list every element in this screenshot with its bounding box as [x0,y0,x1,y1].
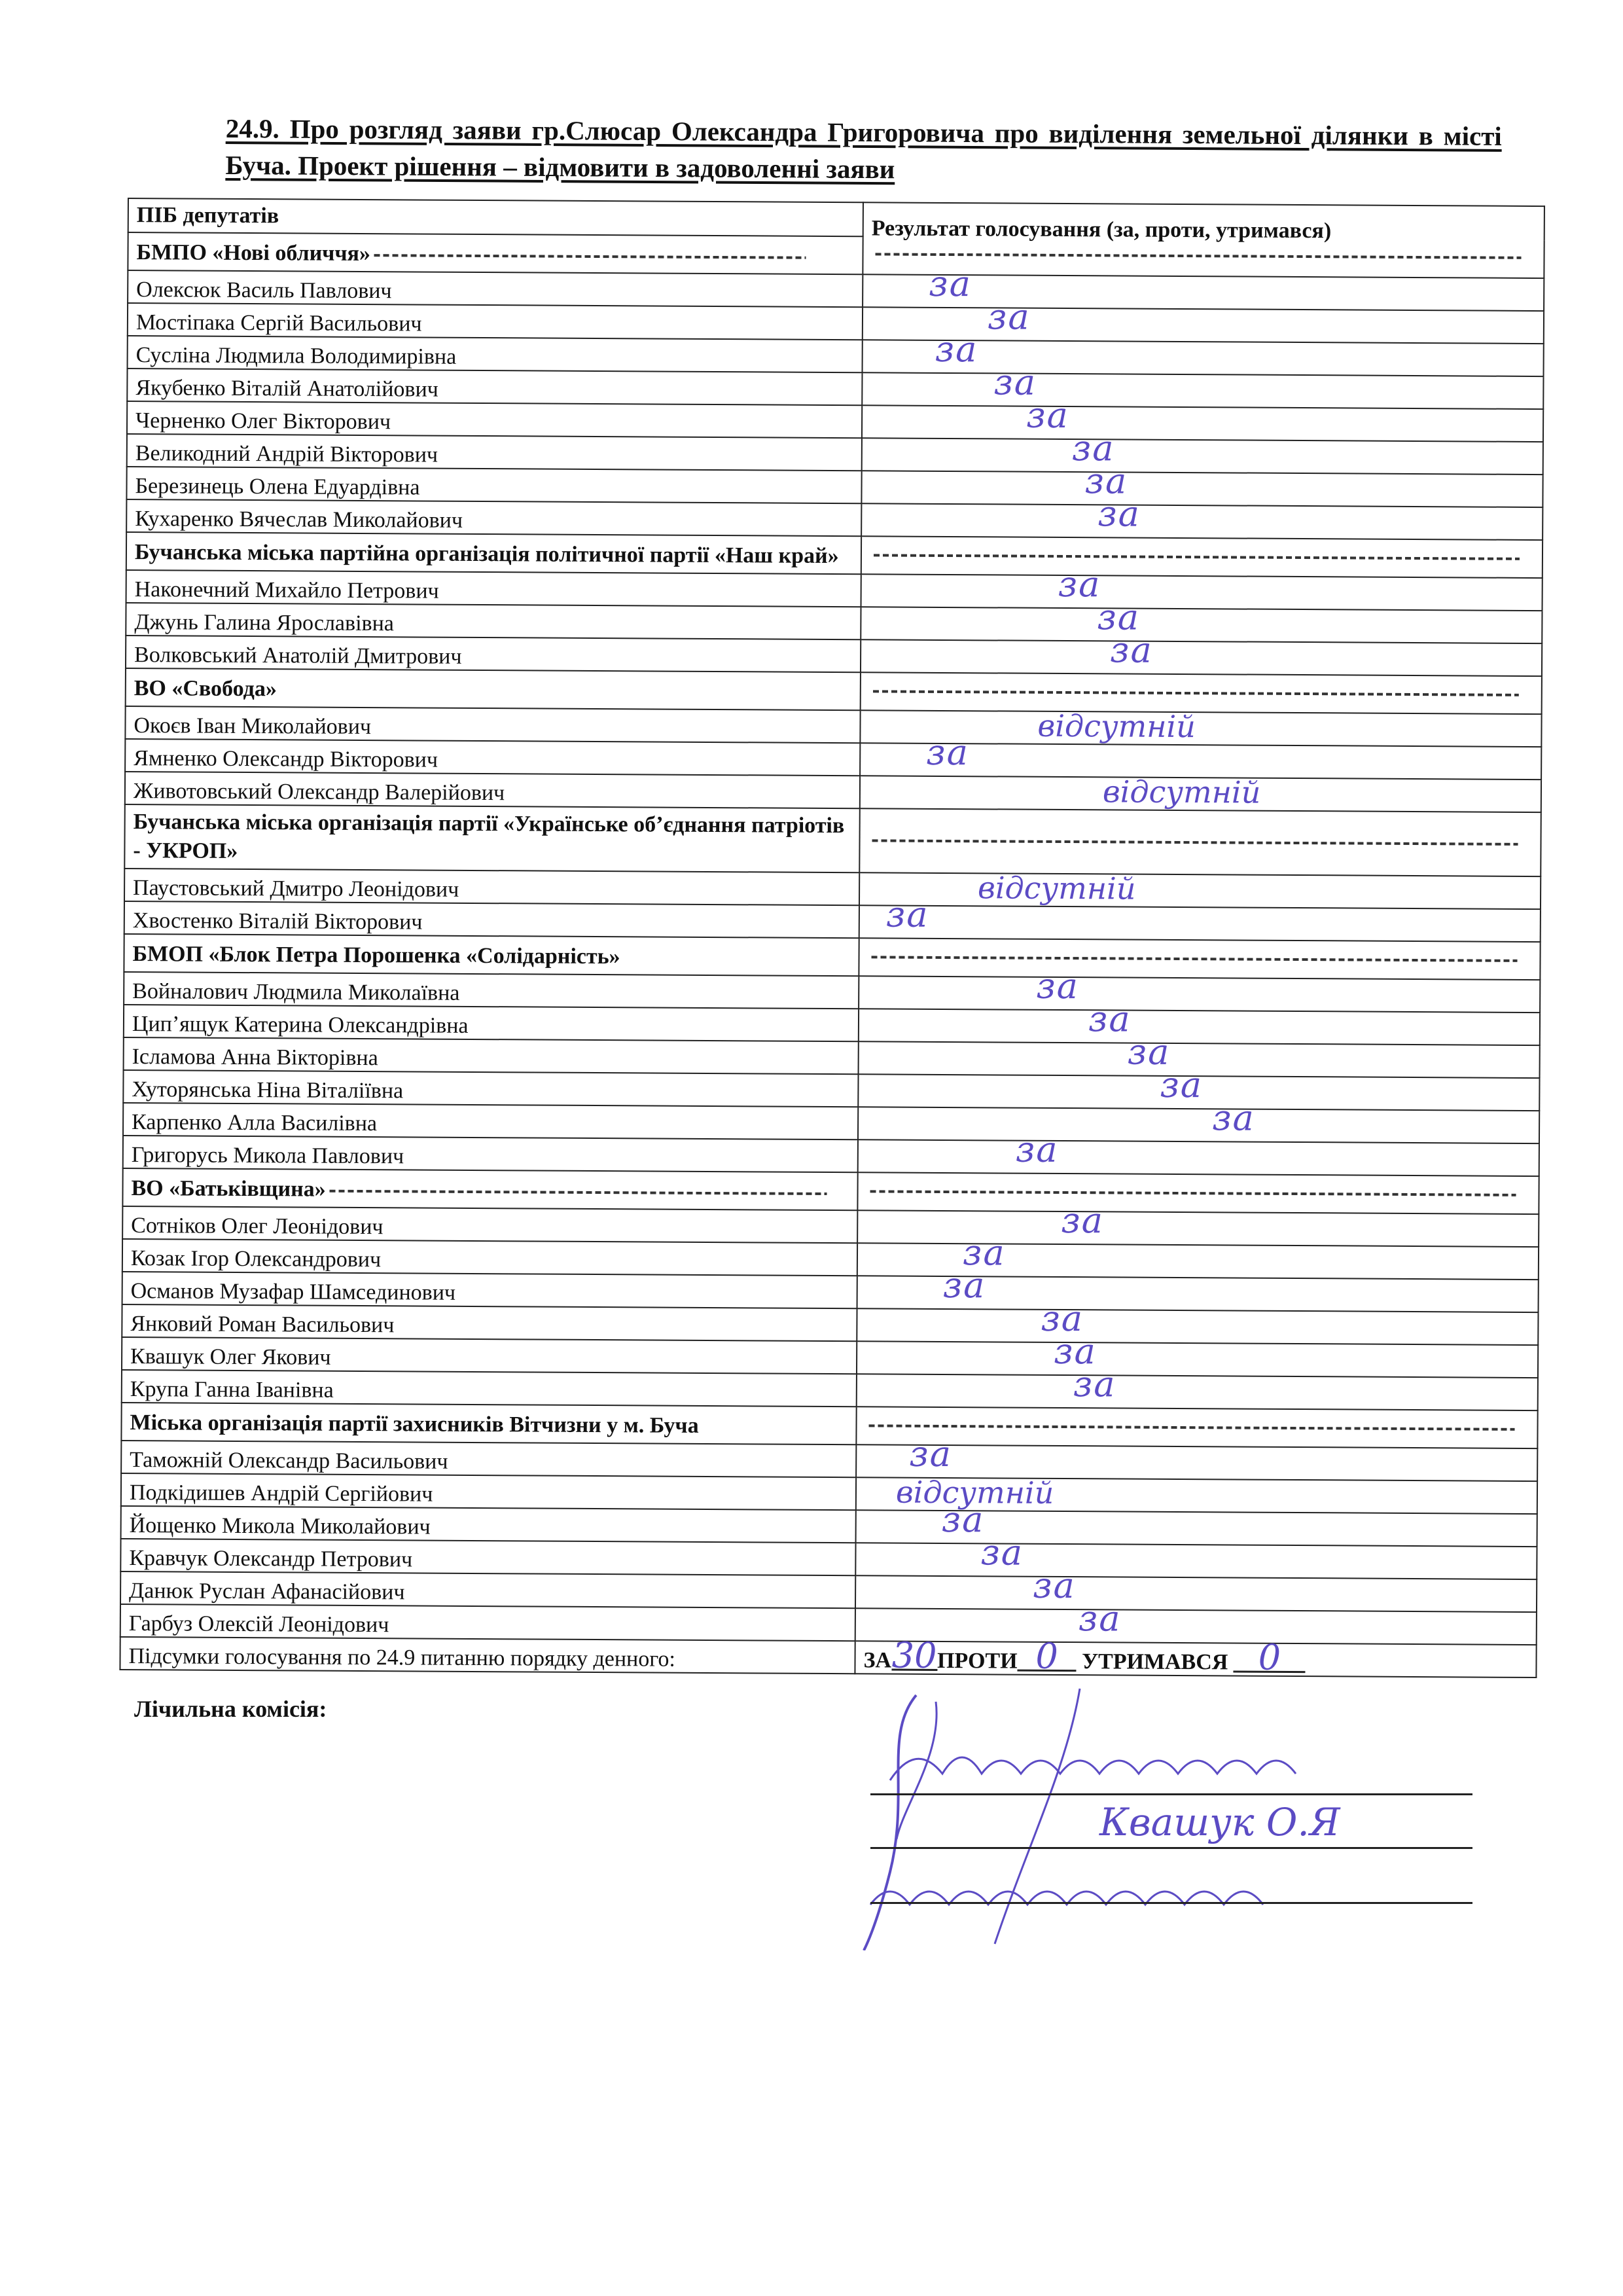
deputy-name: Йощенко Микола Миколайович [121,1506,856,1543]
deputy-name: Войналович Людмила Миколаївна [124,972,859,1009]
deputy-name: Квашук Олег Якович [122,1337,857,1374]
deputy-vote-cell: за [859,1009,1540,1045]
signature-line-1 [870,1793,1472,1795]
handwritten-vote: за [1058,567,1101,602]
party-group-label: Бучанська міська партійна організація по… [135,540,839,568]
party-group-label: Бучанська міська організація партії «Укр… [133,810,844,863]
deputy-name: Григорусь Микола Павлович [123,1136,858,1172]
deputy-vote-cell: за [859,905,1541,942]
deputy-name: Хвостенко Віталій Вікторович [124,901,859,938]
party-group-name: ВО «Батьківщина» [122,1168,857,1210]
party-group-name: Міська організація партії захисників Віт… [121,1403,856,1444]
deputy-name: Подкідишев Андрій Сергійович [121,1473,856,1510]
handwritten-vote: за [886,897,929,932]
handwritten-vote: за [926,735,969,770]
handwritten-vote: за [909,1437,952,1472]
handwritten-vote: за [1088,1001,1132,1037]
page-title: 24.9. Про розгляд заяви гр.Слюсар Олекса… [225,110,1502,191]
deputy-name: Черненко Олег Вікторович [127,401,862,438]
deputy-name: Козак Ігор Олександрович [122,1239,857,1276]
deputy-vote-cell: відсутній [859,872,1541,909]
dashed-separator [870,1190,1516,1196]
deputy-vote-cell: за [855,1608,1537,1645]
deputy-name: Мостіпака Сергій Васильович [128,303,863,340]
deputy-vote-cell: за [857,1210,1539,1247]
party-group-result-cell [861,672,1542,714]
party-group-name: БМОП «Блок Петра Порошенка «Солідарність… [124,934,859,976]
header-deputies-name: ПІБ депутатів [128,198,863,236]
party-group-result-cell [856,1407,1537,1448]
deputy-name: Великодний Андрій Вікторович [127,434,862,471]
deputy-vote-cell: за [859,976,1540,1013]
against-value: 0 [1018,1643,1077,1672]
deputy-name: Османов Музафар Шамсединович [122,1272,857,1308]
deputy-name: Таможній Олександр Васильович [121,1441,856,1477]
deputy-vote-cell: за [857,1374,1538,1410]
deputy-name: Данюк Руслан Афанасійович [120,1571,855,1608]
deputy-name: Янковий Роман Васильович [122,1304,857,1341]
party-group-label: ВО «Батьківщина» [131,1174,325,1204]
dashed-separator [872,839,1518,846]
deputy-vote-cell: за [861,503,1543,540]
deputy-vote-cell: за [863,274,1544,311]
party-group-result-cell [859,808,1541,876]
party-group-label: ВО «Свобода» [134,676,277,701]
deputy-name: Гарбуз Олексій Леонідович [120,1604,855,1641]
deputy-name: Олексюк Василь Павлович [128,270,863,307]
party-group-result-cell [861,536,1543,578]
party-group-name: Бучанська міська організація партії «Укр… [124,804,860,872]
deputy-vote-cell: за [858,1139,1539,1176]
deputy-name: Волковський Анатолій Дмитрович [126,636,861,672]
handwritten-vote: за [942,1502,985,1537]
voting-table-container: ПІБ депутатів Результат голосування (за,… [119,198,1544,1678]
deputy-name: Цип’ящук Катерина Олександрівна [124,1005,859,1041]
handwritten-vote: за [1097,496,1141,531]
deputy-vote-cell: за [857,1341,1538,1378]
deputy-name: Березинець Олена Едуардівна [126,467,861,503]
party-group-result-cell [857,1172,1539,1214]
deputy-vote-cell: відсутній [860,776,1541,812]
handwritten-vote: за [1073,1367,1116,1402]
handwritten-vote: за [1026,398,1069,433]
deputy-vote-cell: за [861,639,1542,676]
signature-line-2 [870,1847,1472,1849]
deputy-vote-cell: за [856,1510,1537,1547]
party-group-result-cell [859,938,1540,980]
for-value: 30 [891,1643,937,1671]
handwritten-vote: за [1160,1067,1203,1103]
header-vote-result-label: Результат голосування (за, проти, утрима… [872,216,1536,245]
totals-label: Підсумки голосування по 24.9 питанню пор… [120,1637,855,1674]
deputy-name: Паустовський Дмитро Леонідович [124,869,859,905]
deputy-vote-cell: за [862,438,1543,475]
deputy-name: Кухаренко Вячеслав Миколайович [126,499,861,536]
party-group-name: Бучанська міська партійна організація по… [126,532,861,574]
deputy-name: Ямненко Олександр Вікторович [125,739,860,776]
handwritten-vote: за [935,332,978,367]
commission-signatures: Квашук О.Я [805,1676,1486,1950]
totals-cell: ЗА30ПРОТИ0 УТРИМАВСЯ 0 [855,1641,1536,1677]
deputy-name: Кравчук Олександр Петрович [120,1539,855,1575]
deputy-name: Наконечний Михайло Петрович [126,570,861,607]
dashed-separator [869,1424,1515,1431]
deputy-name: Якубенко Віталій Анатолійович [127,368,862,405]
handwritten-vote: за [1110,632,1153,668]
handwritten-vote: відсутній [978,870,1136,906]
for-label: ЗА [863,1648,891,1672]
deputy-vote-cell: за [858,1107,1539,1143]
handwritten-vote: за [1079,1601,1122,1636]
deputy-vote-cell: за [857,1276,1539,1312]
deputy-name: Сусліна Людмила Володимирівна [128,336,863,372]
deputy-vote-cell: за [862,405,1543,442]
counting-commission-label: Лічильна комісія: [134,1695,327,1723]
handwritten-vote: за [988,299,1031,334]
dashed-separator [374,254,806,259]
deputy-vote-cell: за [861,471,1543,507]
deputy-name: Ісламова Анна Вікторівна [124,1037,859,1074]
deputy-vote-cell: за [863,340,1544,376]
dashed-separator [872,956,1518,962]
deputy-name: Джунь Галина Ярославівна [126,603,861,639]
deputy-name: Окоєв Іван Миколайович [125,706,860,743]
deputy-name: Крупа Ганна Іванівна [122,1370,857,1407]
voting-table: ПІБ депутатів Результат голосування (за,… [119,198,1545,1678]
deputy-name: Животовський Олександр Валерійович [125,772,860,808]
abstain-value: 0 [1234,1644,1306,1673]
party-group-label: БМПО «Нові обличчя» [136,238,370,268]
deputy-vote-cell: за [862,372,1543,409]
handwritten-vote: за [1061,1203,1104,1238]
deputy-vote-cell: за [855,1575,1537,1612]
handwritten-vote: за [1036,969,1079,1004]
handwritten-vote: відсутній [1103,774,1261,810]
deputy-name: Хуторянська Ніна Віталіївна [123,1070,858,1107]
dashed-separator [876,253,1522,259]
handwritten-vote: за [943,1268,986,1303]
handwritten-vote: за [1016,1132,1059,1168]
deputy-vote-cell: за [858,1074,1539,1111]
handwritten-vote: відсутній [1037,708,1196,744]
party-group-label: БМОП «Блок Петра Порошенка «Солідарність… [132,942,620,969]
dashed-separator [330,1190,827,1195]
dashed-separator [874,554,1520,560]
handwritten-vote: за [929,266,972,302]
deputy-vote-cell: за [861,574,1543,611]
party-group-name: ВО «Свобода» [126,668,861,710]
abstain-label: УТРИМАВСЯ [1082,1649,1228,1674]
dashed-separator [873,690,1519,696]
deputy-vote-cell: за [855,1543,1537,1579]
party-group-row: Бучанська міська організація партії «Укр… [124,804,1541,876]
deputy-vote-cell: за [861,607,1542,643]
deputy-vote-cell: за [857,1308,1538,1345]
handwritten-vote: за [1033,1568,1076,1604]
handwritten-vote: за [1212,1100,1255,1136]
deputy-name: Карпенко Алла Василівна [123,1103,858,1139]
party-group-label: Міська організація партії захисників Віт… [130,1410,698,1438]
party-group-name: БМПО «Нові обличчя» [128,232,863,274]
signature-name-1: Квашук О.Я [1099,1800,1340,1844]
deputy-name: Сотніков Олег Леонідович [122,1206,857,1243]
signature-line-3 [870,1902,1472,1904]
handwritten-vote: за [980,1535,1024,1570]
against-label: ПРОТИ [937,1649,1018,1674]
